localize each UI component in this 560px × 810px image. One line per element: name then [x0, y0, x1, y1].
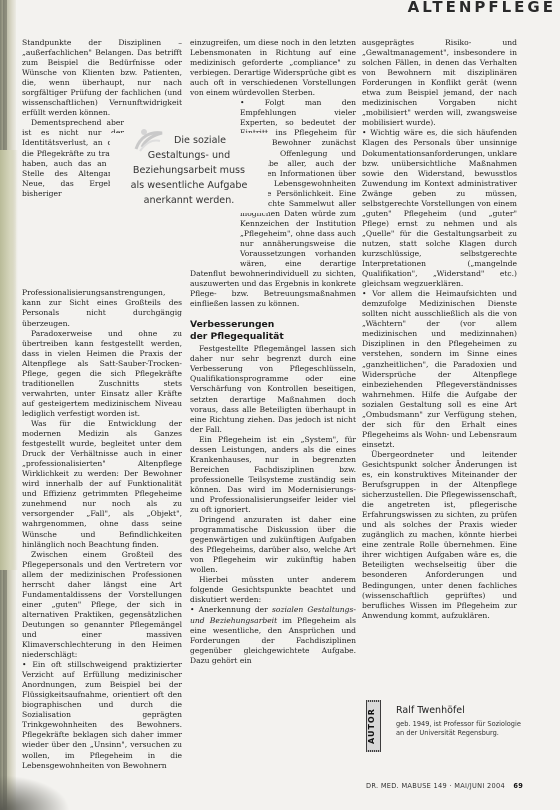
paragraph: Übergeordneter und leitender Gesichtspun… [362, 450, 517, 621]
paragraph: Ein Pflegeheim ist ein „System", für des… [190, 435, 356, 515]
pull-quote-line: Beziehungsarbeit muss [110, 163, 268, 178]
author-name: Ralf Twenhöfel [396, 705, 465, 716]
paragraph: Was für die Entwicklung der modernen Med… [22, 419, 182, 550]
author-box: AUTOR Ralf Twenhöfel geb. 1949, ist Prof… [366, 700, 516, 756]
paragraph: ausgeprägtes Risiko- und „Gewaltmanageme… [362, 38, 517, 128]
page-footer: DR. MED. MABUSE 149 · MAI/JUNI 2004 69 [366, 782, 556, 790]
bullet-paragraph: • Anerkennung der sozialen Gestaltungs- … [190, 605, 356, 665]
swirl-ornament-icon [132, 127, 166, 153]
bullet-paragraph: • Wichtig wäre es, die sich häufenden Kl… [362, 128, 517, 289]
section-header: ALTENPFLEGE [408, 0, 556, 16]
paragraph: Hierbei müssten unter anderem folgende G… [190, 575, 356, 605]
paragraph: Standpunkte der Disziplinen – „außerfach… [22, 38, 182, 118]
pull-quote-line: anerkannt werden. [110, 193, 268, 208]
section-heading: Verbesserungen der Pflegequalität [190, 319, 356, 342]
text-run: • Anerkennung der [190, 605, 272, 614]
bullet-paragraph: • Ein oft stillschweigend praktizierter … [22, 660, 182, 771]
author-tab: AUTOR [366, 700, 381, 752]
paragraph: einzugreifen, um diese noch in den letzt… [190, 38, 356, 98]
pull-quote-line: als wesentliche Aufgabe [110, 178, 268, 193]
bullet-paragraph: • Vor allem die Heimaufsichten und demzu… [362, 289, 517, 450]
section-heading-line: Verbesserungen [190, 319, 356, 331]
paragraph: Dringend anzuraten ist daher eine progra… [190, 515, 356, 575]
page-number: 69 [513, 782, 523, 790]
journal-info: DR. MED. MABUSE 149 · MAI/JUNI 2004 [366, 782, 505, 790]
section-heading-line: der Pflegequalität [190, 331, 356, 343]
author-bio: geb. 1949, ist Professor für Soziologie … [396, 720, 521, 738]
page-binding-shade [0, 150, 18, 570]
paragraph: Festgestellte Pflegemängel lassen sich d… [190, 344, 356, 434]
paragraph: Paradoxerweise und ohne zu übertreiben k… [22, 329, 182, 419]
pull-quote: Die soziale Gestaltungs- und Beziehungsa… [110, 133, 268, 213]
page-corner-shadow [0, 775, 70, 810]
article-column-3: ausgeprägtes Risiko- und „Gewaltmanageme… [362, 38, 517, 621]
paragraph: Zwischen einem Großteil des Pflegeperson… [22, 550, 182, 661]
author-tab-label: AUTOR [367, 702, 380, 750]
